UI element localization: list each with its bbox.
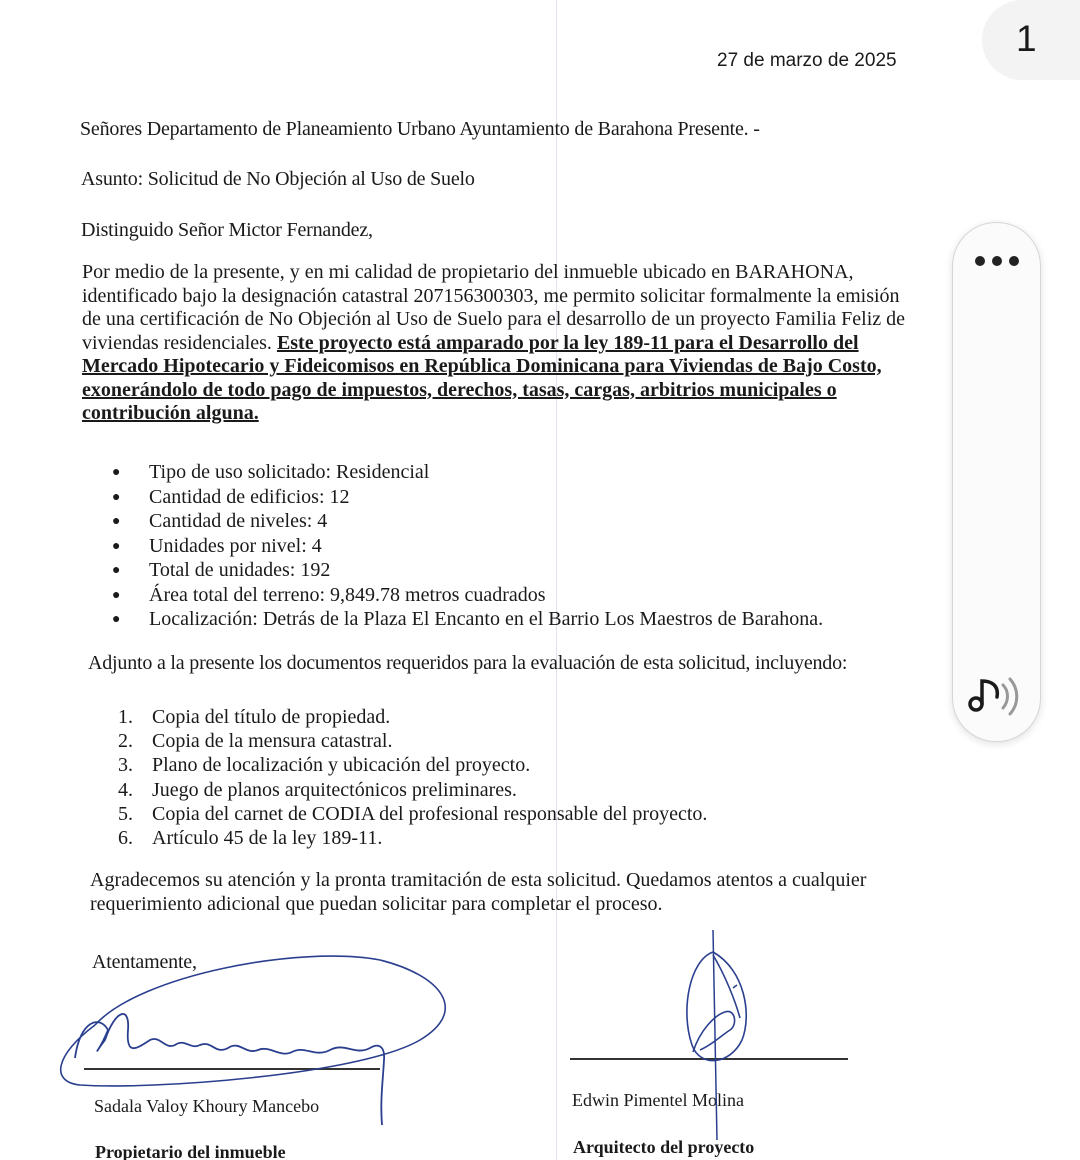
project-features-list: ●Tipo de uso solicitado: Residencial ●Ca… bbox=[112, 460, 823, 632]
attachments-list: 1.Copia del título de propiedad. 2.Copia… bbox=[118, 705, 707, 850]
salutation: Distinguido Señor Mictor Fernandez, bbox=[81, 219, 373, 242]
page-number: 1 bbox=[1016, 18, 1037, 60]
list-item: ●Localización: Detrás de la Plaza El Enc… bbox=[112, 607, 823, 632]
list-item: ●Tipo de uso solicitado: Residencial bbox=[112, 460, 823, 485]
list-item: 3.Plano de localización y ubicación del … bbox=[118, 753, 707, 777]
sign-off: Atentamente, bbox=[92, 951, 197, 974]
list-item: ●Cantidad de niveles: 4 bbox=[112, 509, 823, 534]
architect-role: Arquitecto del proyecto bbox=[573, 1137, 754, 1158]
subject-line: Asunto: Solicitud de No Objeción al Uso … bbox=[81, 168, 475, 191]
owner-name: Sadala Valoy Khoury Mancebo bbox=[94, 1096, 319, 1117]
body-paragraph: Por medio de la presente, y en mi calida… bbox=[82, 261, 905, 426]
list-item: 4.Juego de planos arquitectónicos prelim… bbox=[118, 778, 707, 802]
list-item: ●Unidades por nivel: 4 bbox=[112, 534, 823, 559]
attachments-intro: Adjunto a la presente los documentos req… bbox=[88, 652, 847, 675]
list-item: ●Total de unidades: 192 bbox=[112, 558, 823, 583]
letter-date: 27 de marzo de 2025 bbox=[717, 50, 897, 72]
legal-notice: Este proyecto está amparado por la ley 1… bbox=[277, 332, 859, 354]
list-item: ●Área total del terreno: 9,849.78 metros… bbox=[112, 583, 823, 608]
signature-line-owner bbox=[84, 1068, 380, 1070]
list-item: 1.Copia del título de propiedad. bbox=[118, 705, 707, 729]
read-aloud-icon[interactable] bbox=[967, 671, 1027, 722]
list-item: 5.Copia del carnet de CODIA del profesio… bbox=[118, 802, 707, 826]
architect-name: Edwin Pimentel Molina bbox=[572, 1090, 744, 1111]
closing-paragraph: Agradecemos su atención y la pronta tram… bbox=[90, 869, 866, 916]
signature-line-architect bbox=[570, 1058, 848, 1060]
list-item: 2.Copia de la mensura catastral. bbox=[118, 729, 707, 753]
list-item: ●Cantidad de edificios: 12 bbox=[112, 485, 823, 510]
list-item: 6.Artículo 45 de la ley 189-11. bbox=[118, 826, 707, 850]
more-options-icon[interactable] bbox=[975, 256, 1019, 266]
recipient: Señores Departamento de Planeamiento Urb… bbox=[80, 118, 760, 141]
owner-role: Propietario del inmueble bbox=[95, 1142, 286, 1160]
floating-action-panel bbox=[952, 222, 1041, 742]
